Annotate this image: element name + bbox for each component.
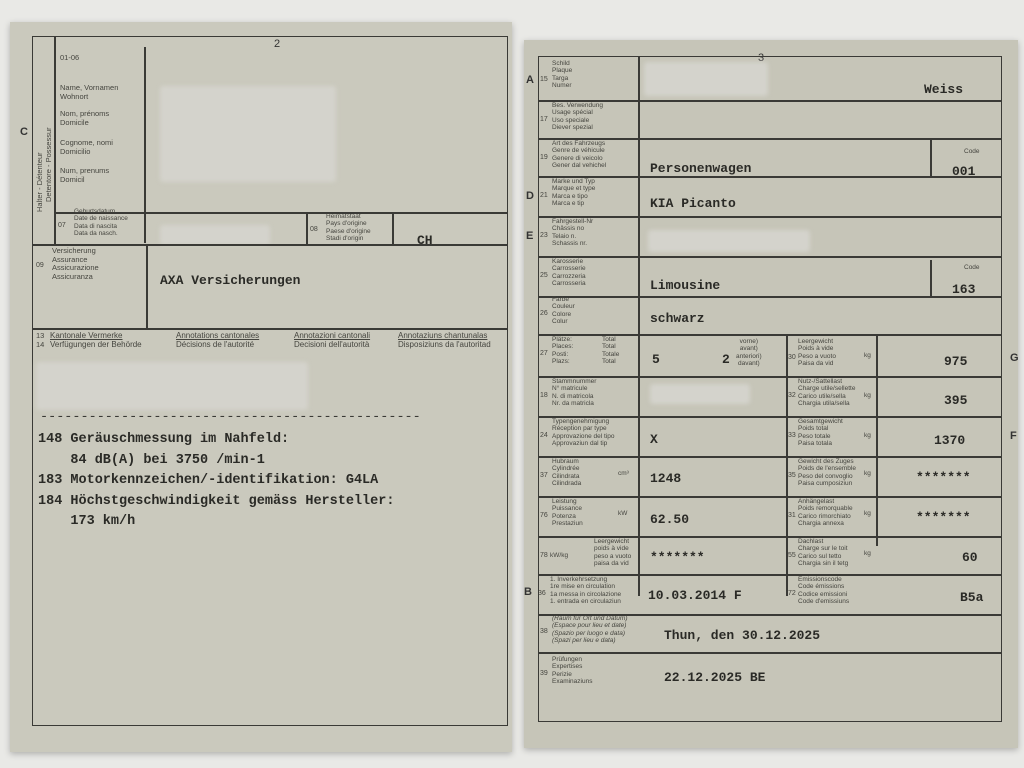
- make-model-value: KIA Picanto: [650, 196, 736, 211]
- annotations-col-it: Annotazioni cantonaliDecisioni dell'auto…: [294, 332, 370, 349]
- emission-code-label: Emissionscode Code émissions Codice emis…: [798, 576, 849, 606]
- plate-color-value: Weiss: [924, 82, 963, 97]
- trailer-load-value: *******: [916, 510, 971, 525]
- holder-vertical-label: Halter - Détenteur: [35, 92, 44, 212]
- left-page: 2 C Halter - Détenteur Detentore - Posse…: [10, 22, 512, 752]
- type-approval-label: Typengenehmigung Réception par type Appr…: [552, 418, 615, 448]
- displacement-value: 1248: [650, 471, 681, 486]
- body-code: 25: [540, 272, 548, 279]
- displacement-unit: cm³: [618, 470, 629, 477]
- annotations-entries: 148 Geräuschmessung im Nahfeld: 84 dB(A)…: [38, 430, 394, 533]
- color-label: Farbe Couleur Colore Colur: [552, 296, 575, 326]
- power-ratio-value: *******: [650, 550, 705, 565]
- empty-weight-label: Leergewicht Poids à vide Peso a vuoto Pa…: [798, 338, 836, 368]
- power-code: 76: [540, 512, 548, 519]
- power-ratio-label: Leergewicht poids à vide peso a vuoto pa…: [594, 538, 631, 568]
- holder-field-code: 01-06: [60, 54, 79, 63]
- home-state-label: Heimatstaat Pays d'origine Paese d'origi…: [326, 213, 371, 243]
- payload-unit: kg: [864, 392, 871, 399]
- train-weight-code: 35: [788, 472, 796, 479]
- inspections-label: Prüfungen Expertises Perizie Examinaziun…: [552, 656, 592, 686]
- holder-vertical-label-2: Detentore - Possessur: [44, 82, 53, 202]
- total-weight-value: 1370: [934, 433, 965, 448]
- trailer-load-code: 31: [788, 512, 796, 519]
- matriculation-label: Stammnummer N° matricule N. di matricola…: [552, 378, 596, 408]
- section-letter-b: B: [524, 586, 532, 598]
- section-letter-a: A: [526, 74, 534, 86]
- plate-number-redacted: [644, 62, 768, 96]
- annotations-codes: 13 14: [36, 332, 44, 349]
- roof-load-unit: kg: [864, 550, 871, 557]
- birth-date-code: 07: [58, 222, 66, 229]
- place-date-code: 38: [540, 628, 548, 635]
- first-registration-label: 1. Inverkehrsetzung 1re mise en circulat…: [550, 576, 621, 606]
- holder-label-de: Name, Vornamen Wohnort: [60, 84, 118, 101]
- displacement-label: Hubraum Cylindrée Cilindrata Cilindrada: [552, 458, 581, 488]
- displacement-code: 37: [540, 472, 548, 479]
- home-state-code: 08: [310, 226, 318, 233]
- home-state-value: CH: [417, 233, 433, 248]
- annotations-col-rm: Annotaziuns chantunalasDisposiziuns da l…: [398, 332, 491, 349]
- holder-name-redacted: [160, 86, 336, 182]
- seats-total-label: Total Total Totale Total: [602, 336, 619, 366]
- insurance-code: 09: [36, 262, 44, 269]
- type-approval-value: X: [650, 432, 658, 447]
- matriculation-code: 18: [540, 392, 548, 399]
- train-weight-unit: kg: [864, 470, 871, 477]
- plate-label: Schild Plaque Targa Numer: [552, 60, 572, 90]
- color-code: 26: [540, 310, 548, 317]
- body-code-value: 163: [952, 282, 975, 297]
- seats-front-label: vorne) avant) anteriori) davant): [736, 338, 762, 368]
- color-value: schwarz: [650, 311, 705, 326]
- empty-weight-code: 30: [788, 354, 796, 361]
- insurance-value: AXA Versicherungen: [160, 273, 300, 288]
- roof-load-label: Dachlast Charge sur le toit Carico sul t…: [798, 538, 848, 568]
- special-use-label: Bes. Verwendung Usage spécial Uso specia…: [552, 102, 603, 132]
- section-letter-f: F: [1010, 430, 1017, 442]
- place-date-label: (Raum für Ort und Datum) (Espace pour li…: [552, 615, 628, 645]
- section-letter-g: G: [1010, 352, 1019, 364]
- chassis-code: 23: [540, 232, 548, 239]
- place-date-value: Thun, den 30.12.2025: [664, 628, 820, 643]
- matriculation-redacted: [650, 384, 750, 404]
- emission-code-value: B5a: [960, 590, 983, 605]
- vehicle-type-label: Art des Fahrzeugs Genre de véhicule Gene…: [552, 140, 606, 170]
- seats-total-value: 5: [652, 352, 660, 367]
- roof-load-code: 55: [788, 552, 796, 559]
- total-weight-code: 33: [788, 432, 796, 439]
- power-label: Leistung Puissance Potenza Prestaziun: [552, 498, 583, 528]
- right-page: 3 A 15 Schild Plaque Targa Numer Weiss 1…: [524, 40, 1018, 748]
- inspections-code: 39: [540, 670, 548, 677]
- seats-front-value: 2: [722, 352, 730, 367]
- first-registration-code: 36: [538, 590, 546, 597]
- train-weight-label: Gewicht des Zuges Poids de l'ensemble Pe…: [798, 458, 856, 488]
- make-model-label: Marke und Typ Marque et type Marca e tip…: [552, 178, 595, 208]
- first-registration-value: 10.03.2014 F: [648, 588, 742, 603]
- plate-code: 15: [540, 76, 548, 83]
- holder-label-fr: Nom, prénoms Domicile: [60, 110, 109, 127]
- payload-code: 32: [788, 392, 796, 399]
- seats-label: Plätze: Places: Posti: Plazs:: [552, 336, 573, 366]
- emission-code-code: 72: [788, 590, 796, 597]
- annotations-redacted: [36, 362, 308, 410]
- power-ratio-unit: kW/kg: [550, 552, 568, 559]
- birth-date-label: Geburtsdatum Date de naissance Data di n…: [74, 208, 128, 238]
- empty-weight-value: 975: [944, 354, 967, 369]
- vehicle-type-value: Personenwagen: [650, 161, 751, 176]
- chassis-label: Fahrgestell-Nr Châssis no Telaio n. Scha…: [552, 218, 593, 248]
- body-label: Karosserie Carrosserie Carrozzeria Carro…: [552, 258, 586, 288]
- empty-weight-unit: kg: [864, 352, 871, 359]
- section-letter-c: C: [20, 126, 28, 138]
- roof-load-value: 60: [962, 550, 978, 565]
- power-ratio-code: 78: [540, 552, 548, 559]
- annotations-col-de: Kantonale VermerkeVerfügungen der Behörd…: [50, 332, 142, 349]
- trailer-load-unit: kg: [864, 510, 871, 517]
- special-use-code: 17: [540, 116, 548, 123]
- annotations-col-fr: Annotations cantonalesDécisions de l'aut…: [176, 332, 259, 349]
- seats-code: 27: [540, 350, 548, 357]
- insurance-label: Versicherung Assurance Assicurazione Ass…: [52, 247, 99, 281]
- total-weight-unit: kg: [864, 432, 871, 439]
- section-letter-d: D: [526, 190, 534, 202]
- holder-label-it: Cognome, nomi Domicilio: [60, 139, 113, 156]
- trailer-load-label: Anhängelast Poids remorquable Carico rim…: [798, 498, 853, 528]
- inspections-value: 22.12.2025 BE: [664, 670, 765, 685]
- birth-date-redacted: [160, 225, 270, 245]
- make-model-code: 21: [540, 192, 548, 199]
- vehicle-type-code: 19: [540, 154, 548, 161]
- payload-value: 395: [944, 393, 967, 408]
- train-weight-value: *******: [916, 470, 971, 485]
- body-value: Limousine: [650, 278, 720, 293]
- body-code-label: Code: [964, 264, 980, 271]
- chassis-number-redacted: [648, 230, 810, 252]
- type-approval-code: 24: [540, 432, 548, 439]
- holder-label-rm: Num, prenums Domicil: [60, 167, 109, 184]
- power-unit: kW: [618, 510, 627, 517]
- section-letter-e: E: [526, 230, 533, 242]
- payload-label: Nutz-/Sattellast Charge utile/sellette C…: [798, 378, 855, 408]
- power-value: 62.50: [650, 512, 689, 527]
- annotations-separator: ----------------------------------------…: [40, 408, 421, 429]
- total-weight-label: Gesamtgewicht Poids total Peso totale Pa…: [798, 418, 843, 448]
- vehicle-type-code-label: Code: [964, 148, 980, 155]
